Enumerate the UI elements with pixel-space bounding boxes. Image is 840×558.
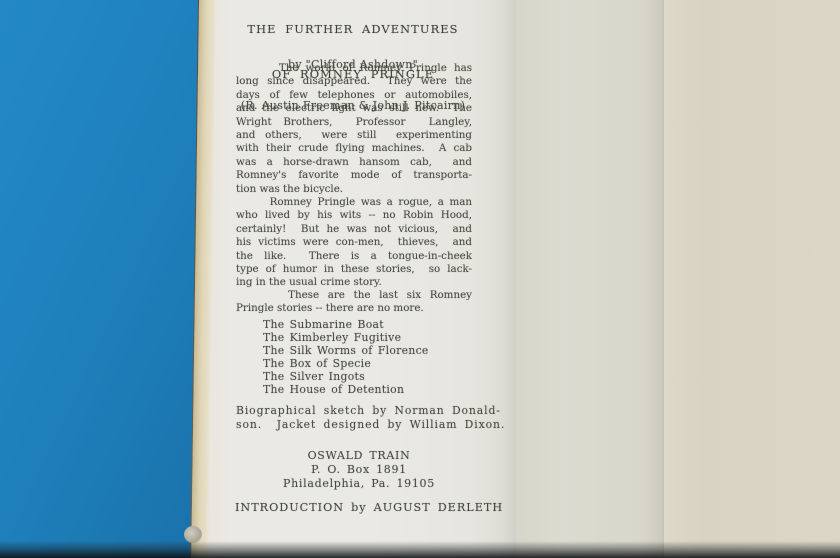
flap-paragraph-1: The world of Romney Pringle haslong sinc…	[236, 62, 472, 196]
publisher-name: OSWALD TRAIN	[233, 449, 485, 463]
book-photo: THE FURTHER ADVENTURES OF ROMNEY PRINGLE…	[0, 0, 840, 558]
credits-text: Biographical sketch by Norman Donald-son…	[236, 404, 516, 433]
story-title-list: The Submarine BoatThe Kimberley Fugitive…	[263, 318, 473, 397]
flap-paragraph-3: These are the last six RomneyPringle sto…	[236, 289, 472, 316]
photo-bottom-shadow	[0, 541, 840, 558]
book-endpaper	[660, 0, 840, 558]
flap-text-column: THE FURTHER ADVENTURES OF ROMNEY PRINGLE…	[233, 0, 473, 558]
jacket-fold-edge	[508, 0, 664, 558]
publisher-city: Philadelphia, Pa. 19105	[233, 477, 485, 491]
publisher-block: OSWALD TRAIN P. O. Box 1891 Philadelphia…	[233, 449, 485, 490]
flap-paragraph-2: Romney Pringle was a rogue, a manwho liv…	[236, 196, 472, 290]
introduction-credit: INTRODUCTION by AUGUST DERLETH	[235, 501, 503, 514]
blue-book-cover	[0, 0, 202, 558]
publisher-po-box: P. O. Box 1891	[233, 463, 485, 477]
